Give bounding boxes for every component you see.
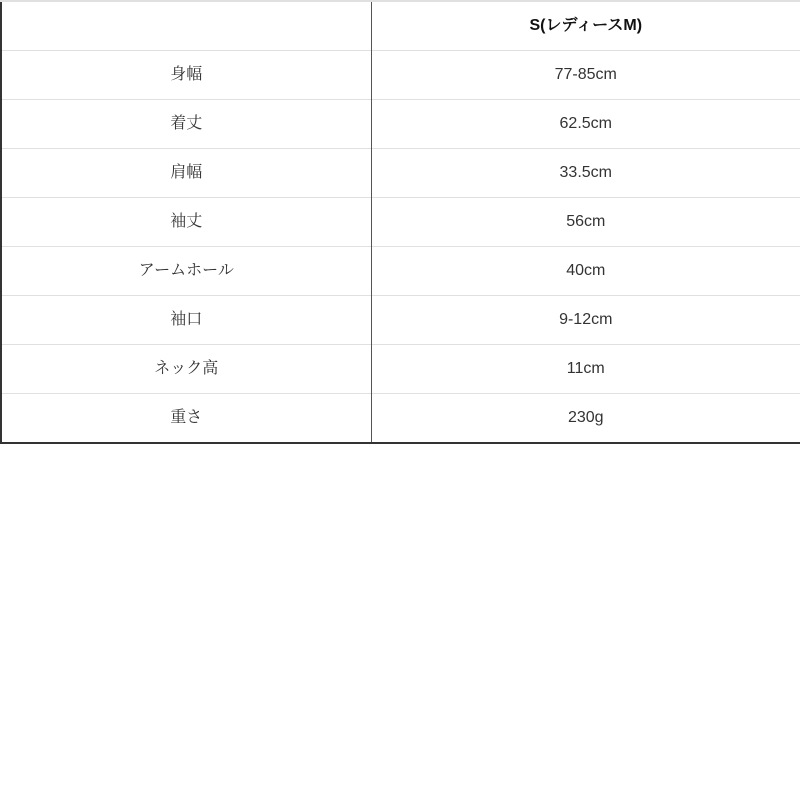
row-label-cell: 着丈 — [1, 100, 371, 149]
table-header-row: S(レディースM) — [1, 1, 800, 51]
table-row: 着丈 62.5cm — [1, 100, 800, 149]
size-chart-table: S(レディースM) 身幅 77-85cm 着丈 62.5cm 肩幅 33.5cm… — [0, 0, 800, 444]
row-value-cell: 62.5cm — [371, 100, 800, 149]
row-value-cell: 11cm — [371, 345, 800, 394]
header-size-cell: S(レディースM) — [371, 1, 800, 51]
table-row: 肩幅 33.5cm — [1, 149, 800, 198]
table-row: 袖口 9-12cm — [1, 296, 800, 345]
table-row: 重さ 230g — [1, 394, 800, 444]
row-label-cell: ネック高 — [1, 345, 371, 394]
row-label-cell: 身幅 — [1, 51, 371, 100]
row-value-cell: 33.5cm — [371, 149, 800, 198]
row-value-cell: 56cm — [371, 198, 800, 247]
table-row: 袖丈 56cm — [1, 198, 800, 247]
row-label-cell: 袖丈 — [1, 198, 371, 247]
row-label-cell: アームホール — [1, 247, 371, 296]
row-label-cell: 重さ — [1, 394, 371, 444]
row-value-cell: 40cm — [371, 247, 800, 296]
row-value-cell: 230g — [371, 394, 800, 444]
table-row: アームホール 40cm — [1, 247, 800, 296]
table-row: 身幅 77-85cm — [1, 51, 800, 100]
table-row: ネック高 11cm — [1, 345, 800, 394]
row-label-cell: 袖口 — [1, 296, 371, 345]
header-label-cell — [1, 1, 371, 51]
row-value-cell: 77-85cm — [371, 51, 800, 100]
row-label-cell: 肩幅 — [1, 149, 371, 198]
row-value-cell: 9-12cm — [371, 296, 800, 345]
